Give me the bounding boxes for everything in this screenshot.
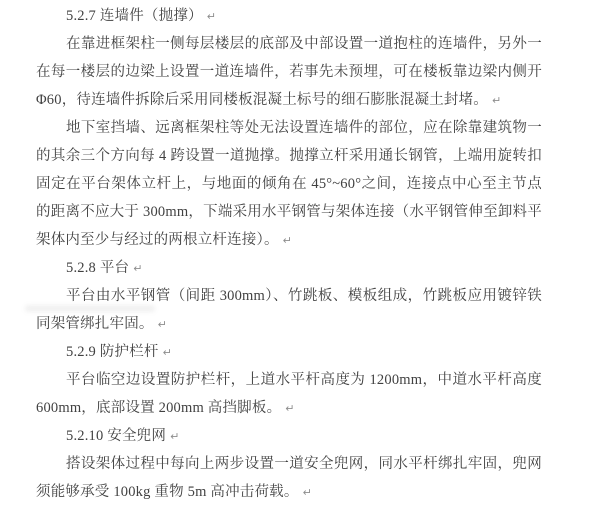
section-heading-5-2-9: 5.2.9 防护栏杆↵ (36, 338, 542, 366)
line-text: 在每一楼层的边梁上设置一道连墙件，若事先未预埋，可在楼板靠边梁内侧开洞 (36, 64, 542, 86)
section-heading-5-2-10: 5.2.10 安全兜网↵ (36, 422, 542, 450)
paragraph-mark: ↵ (279, 234, 292, 247)
paragraph-line: 在每一楼层的边梁上设置一道连墙件，若事先未预埋，可在楼板靠边梁内侧开洞 (36, 58, 542, 86)
paragraph-line: 平台临空边设置防护栏杆，上道水平杆高度为 1200mm，中道水平杆高度为 (36, 366, 542, 394)
line-text: 在靠进框架柱一侧每层楼层的底部及中部设置一道抱柱的连墙件，另外一侧 (36, 36, 542, 58)
paragraph-mark: ↵ (488, 94, 501, 107)
section-heading-5-2-7: 5.2.7 连墙件（抛撑）↵ (36, 2, 542, 30)
line-text: 架体内至少与经过的两根立杆连接）。 (36, 232, 279, 248)
section-heading-5-2-8: 5.2.8 平台↵ (36, 254, 542, 282)
paragraph-mark: ↵ (159, 346, 172, 359)
heading-text: 5.2.9 防护栏杆 (66, 344, 159, 360)
paragraph-line: 固定在平台架体立杆上，与地面的倾角在 45°~60°之间，连接点中心至主节点 (36, 170, 542, 198)
heading-text: 5.2.8 平台 (66, 260, 129, 276)
line-text: 搭设架体过程中每向上两步设置一道安全兜网，同水平杆绑扎牢固，兜网必 (36, 456, 542, 478)
line-text: 地下室挡墙、远离框架柱等处无法设置连墙件的部位，应在除靠建筑物一侧 (36, 120, 542, 142)
paragraph-line: 的距离不应大于 300mm，下端采用水平钢管与架体连接（水平钢管伸至卸料平台 (36, 198, 542, 226)
paragraph-mark: ↵ (203, 10, 216, 23)
paragraph-line: 搭设架体过程中每向上两步设置一道安全兜网，同水平杆绑扎牢固，兜网必 (36, 450, 542, 478)
line-text: 须能够承受 100kg 重物 5m 高冲击荷载。 (36, 484, 299, 500)
paragraph-line: 同架管绑扎牢固。↵ (36, 310, 542, 338)
paragraph-line: 地下室挡墙、远离框架柱等处无法设置连墙件的部位，应在除靠建筑物一侧 (36, 114, 542, 142)
paragraph-line: 在靠进框架柱一侧每层楼层的底部及中部设置一道抱柱的连墙件，另外一侧 (36, 30, 542, 58)
paragraph-line: 平台由水平钢管（间距 300mm）、竹跳板、模板组成，竹跳板应用镀锌铁丝 (36, 282, 542, 310)
paragraph-line: 的其余三个方向每 4 跨设置一道抛撑。抛撑立杆采用通长钢管，上端用旋转扣件 (36, 142, 542, 170)
line-text: 600mm，底部设置 200mm 高挡脚板。 (36, 400, 281, 416)
line-text: 固定在平台架体立杆上，与地面的倾角在 45°~60°之间，连接点中心至主节点 (36, 176, 542, 192)
paragraph-mark: ↵ (166, 430, 179, 443)
line-text: 同架管绑扎牢固。 (36, 316, 154, 332)
paragraph-line: 600mm，底部设置 200mm 高挡脚板。↵ (36, 394, 542, 422)
line-text: 的其余三个方向每 4 跨设置一道抛撑。抛撑立杆采用通长钢管，上端用旋转扣件 (36, 148, 542, 170)
line-text: 的距离不应大于 300mm，下端采用水平钢管与架体连接（水平钢管伸至卸料平台 (36, 204, 542, 226)
paragraph-mark: ↵ (129, 262, 142, 275)
line-text: 平台临空边设置防护栏杆，上道水平杆高度为 1200mm，中道水平杆高度为 (36, 372, 542, 394)
paragraph-mark: ↵ (299, 486, 312, 499)
heading-text: 5.2.10 安全兜网 (66, 428, 166, 444)
line-text: 平台由水平钢管（间距 300mm）、竹跳板、模板组成，竹跳板应用镀锌铁丝 (36, 288, 542, 310)
paragraph-line: Φ60，待连墙件拆除后采用同楼板混凝土标号的细石膨胀混凝土封堵。↵ (36, 86, 542, 114)
paragraph-mark: ↵ (281, 402, 294, 415)
line-text: Φ60，待连墙件拆除后采用同楼板混凝土标号的细石膨胀混凝土封堵。 (36, 92, 488, 108)
paragraph-line: 架体内至少与经过的两根立杆连接）。↵ (36, 226, 542, 254)
document-page: 5.2.7 连墙件（抛撑）↵ 在靠进框架柱一侧每层楼层的底部及中部设置一道抱柱的… (0, 0, 602, 506)
paragraph-mark: ↵ (154, 318, 167, 331)
heading-text: 5.2.7 连墙件（抛撑） (66, 8, 203, 24)
paragraph-line: 须能够承受 100kg 重物 5m 高冲击荷载。↵ (36, 478, 542, 506)
